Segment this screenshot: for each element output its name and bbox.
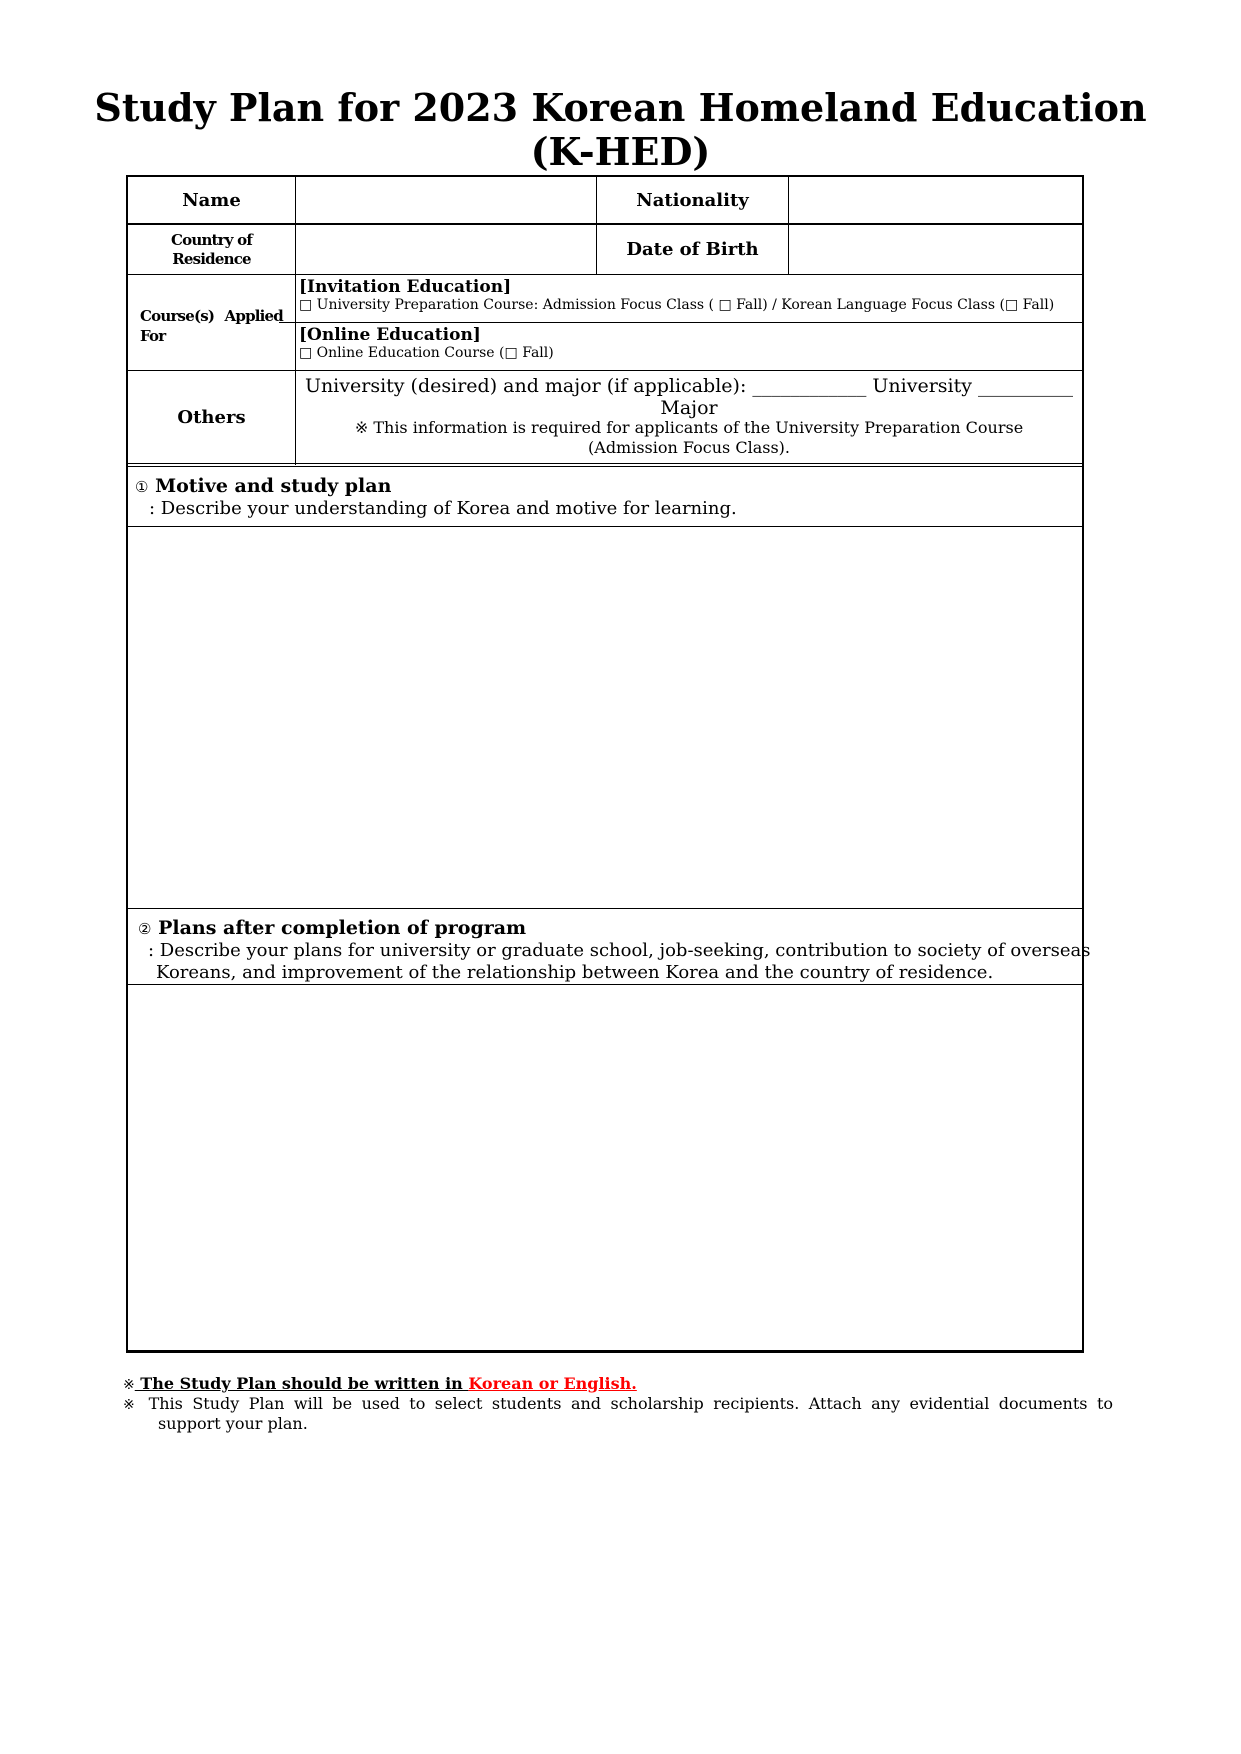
title-line-2: (K-HED) [0,130,1241,174]
major-label: Major [296,398,1082,418]
note-language-text: The Study Plan should be written in [135,1374,469,1393]
country-of-residence-input[interactable] [296,225,596,274]
section-2-description-line-1: : Describe your plans for university or … [138,940,1082,962]
invitation-education-heading: [Invitation Education] [299,278,1079,297]
footer-note-language: ※ The Study Plan should be written in Ko… [123,1374,1113,1395]
nationality-cell [789,177,1082,223]
online-education-cell: [Online Education] □ Online Education Co… [299,326,1079,370]
date-of-birth-input[interactable] [789,225,1082,274]
dob-cell [789,225,1082,274]
online-education-heading: [Online Education] [299,326,1079,345]
name-cell [296,177,596,223]
plans-after-completion-textarea[interactable] [128,985,1082,1350]
others-note-line-1: ※ This information is required for appli… [296,418,1082,438]
footer-note-selection-line-2: support your plan. [158,1414,1148,1434]
section-1-title-text: Motive and study plan [155,475,391,497]
country-label-line-2: Residence [172,250,251,269]
option-text: Fall) [518,345,554,361]
courses-label-word-1: Course(s) [140,306,214,326]
checkbox-university-preparation[interactable]: □ [299,297,312,313]
courses-label-word-3: For [140,326,283,346]
section-2-header: ② Plans after completion of program : De… [138,917,1082,983]
country-of-residence-label: Country of Residence [128,225,295,274]
row-divider [279,322,1082,323]
section-1-description: : Describe your understanding of Korea a… [135,498,1075,520]
note-language-emphasis: Korean or English. [468,1374,636,1393]
nationality-input[interactable] [789,177,1082,223]
checkbox-online-fall[interactable]: □ [505,345,518,361]
section-1-answer-area [128,527,1082,908]
name-input[interactable] [296,177,596,223]
reference-mark-icon: ※ [123,1377,135,1393]
option-text: University Preparation Course: Admission… [312,297,718,313]
title-line-1: Study Plan for 2023 Korean Homeland Educ… [0,86,1241,130]
reference-mark-icon: ※ [123,1397,139,1413]
invitation-education-cell: [Invitation Education] □ University Prep… [299,278,1079,322]
section-2-title: ② Plans after completion of program [138,917,1082,940]
circled-number-1-icon: ① [135,478,148,496]
document-title: Study Plan for 2023 Korean Homeland Educ… [0,86,1241,174]
section-1-title: ① Motive and study plan [135,475,1075,498]
nationality-label: Nationality [597,177,788,223]
section-2-description-line-2: Koreans, and improvement of the relation… [138,962,1082,984]
row-divider [128,908,1082,909]
invitation-education-options: □ University Preparation Course: Admissi… [299,297,1079,314]
section-2-title-text: Plans after completion of program [158,917,526,939]
row-divider [128,466,1082,467]
checkbox-admission-focus-fall[interactable]: □ [718,297,731,313]
section-1-header: ① Motive and study plan : Describe your … [135,475,1075,525]
section-2-answer-area [128,985,1082,1350]
checkbox-online-education-course[interactable]: □ [299,345,312,361]
desired-university-major-prompt[interactable]: University (desired) and major (if appli… [296,374,1082,398]
circled-number-2-icon: ② [138,920,151,938]
footer-note-selection: ※ This Study Plan will be used to select… [123,1394,1113,1415]
date-of-birth-label: Date of Birth [597,225,788,274]
motive-study-plan-textarea[interactable] [128,527,1082,908]
option-text: Fall) [1018,297,1054,313]
online-education-options: □ Online Education Course (□ Fall) [299,345,1079,362]
country-cell [296,225,596,274]
others-cell: University (desired) and major (if appli… [296,374,1082,463]
others-note-line-2: (Admission Focus Class). [296,438,1082,458]
study-plan-form-table: Name Nationality Country of Residence Da… [126,175,1084,1353]
note-selection-text-line-1: This Study Plan will be used to select s… [139,1394,1113,1413]
courses-applied-label: Course(s) Applied For [128,275,295,370]
row-divider [128,463,1082,464]
courses-label-word-2: Applied [225,306,283,326]
option-text: Fall) / Korean Language Focus Class ( [732,297,1005,313]
others-label: Others [128,371,295,463]
name-label: Name [128,177,295,223]
option-text: Online Education Course ( [312,345,504,361]
checkbox-korean-language-focus-fall[interactable]: □ [1005,297,1018,313]
country-label-line-1: Country of [171,231,252,250]
